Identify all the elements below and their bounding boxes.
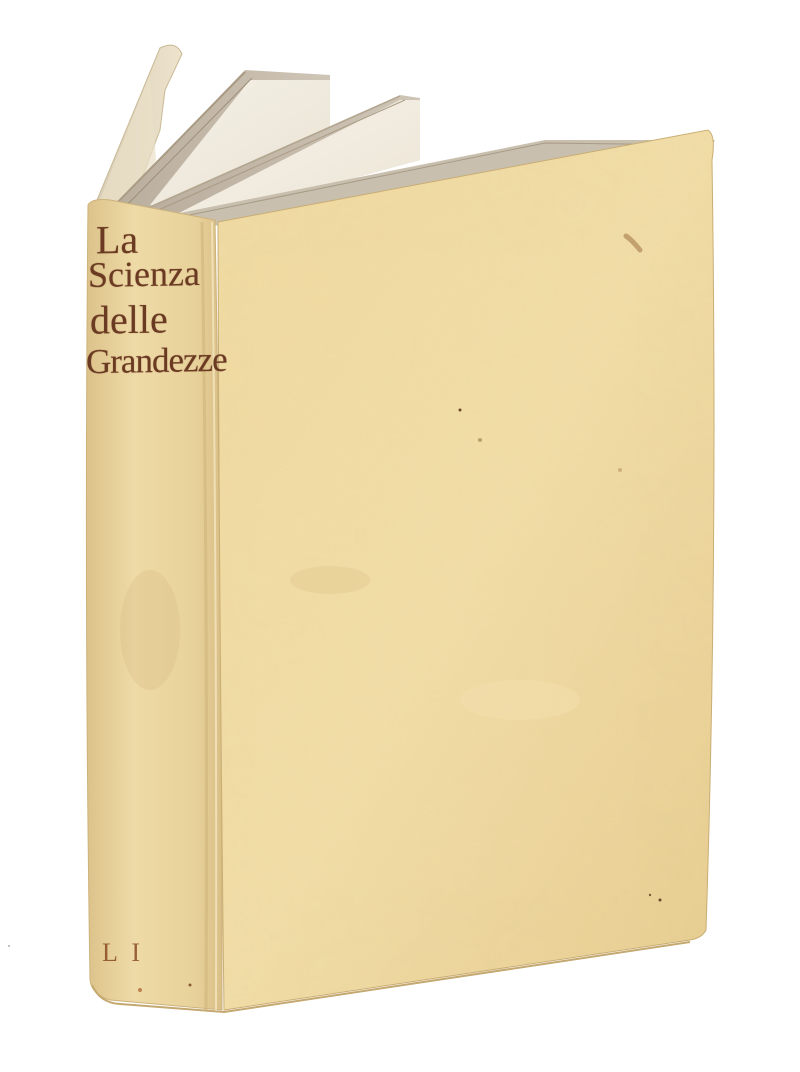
book-illustration [0,0,800,1072]
spine-title-line-2: Scienza [88,255,200,293]
book-photograph: La Scienza delle Grandezze L I [0,0,800,1072]
spine-volume-label: L I [102,938,144,968]
spine-title-line-3: delle [90,299,168,340]
spine-title-line-4: Grandezze [86,342,227,379]
